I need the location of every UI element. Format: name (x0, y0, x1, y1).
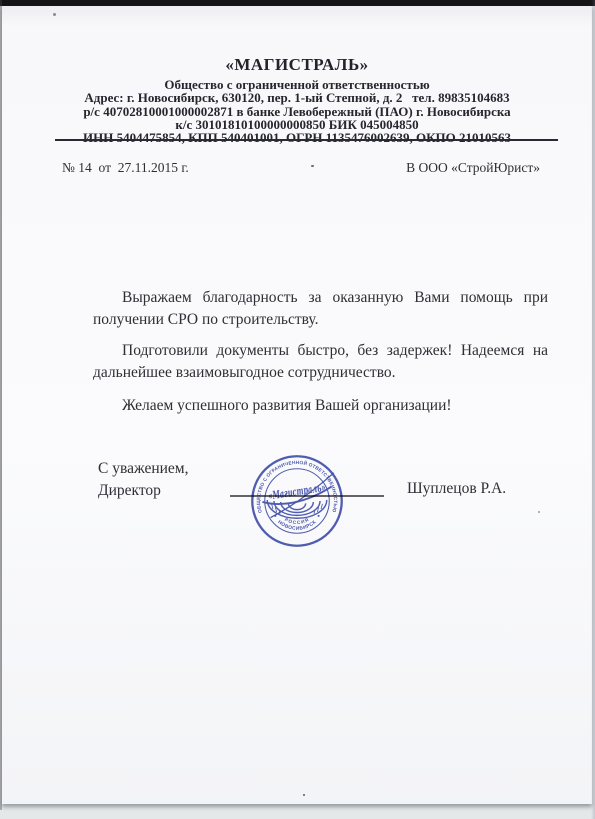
paragraph-2: Подготовили документы быстро, без задерж… (93, 340, 548, 384)
letterhead-divider (55, 139, 558, 141)
letter-page: «МАГИСТРАЛЬ» Общество с ограниченной отв… (2, 5, 592, 804)
letter-recipient: В ООО «СтройЮрист» (406, 160, 540, 176)
signer-position: Директор (98, 482, 161, 500)
round-stamp-graphic: ОБЩЕСТВО С ОГРАНИЧЕННОЙ ОТВЕТСТВЕННОСТЬЮ… (249, 453, 345, 549)
company-name: «МАГИСТРАЛЬ» (2, 56, 592, 74)
letterhead-corr-account: к/с 30101810100000000850 БИК 045004850 (2, 118, 592, 131)
scan-edge-right (591, 0, 595, 819)
body-line: Подготовили документы быстро, без задерж… (93, 340, 548, 362)
company-stamp: ОБЩЕСТВО С ОГРАНИЧЕННОЙ ОТВЕТСТВЕННОСТЬЮ… (249, 453, 345, 549)
letterhead-legal-form: Общество с ограниченной ответственностью (2, 78, 592, 91)
letterhead-bank-account: р/с 40702810001000002871 в банке Левобер… (2, 105, 592, 118)
scanned-letter: «МАГИСТРАЛЬ» Общество с ограниченной отв… (0, 0, 595, 819)
signer-name: Шуплецов Р.А. (407, 480, 506, 498)
letter-number-date: № 14 от 27.11.2015 г. (62, 160, 189, 176)
stamp-company-name: «Магистраль» (267, 481, 326, 503)
letterhead-address: Адрес: г. Новосибирск, 630120, пер. 1-ый… (2, 91, 592, 104)
scan-speck (53, 13, 56, 16)
body-line: получении СРО по строительству. (93, 309, 548, 331)
letter-body: Выражаем благодарность за оказанную Вами… (93, 287, 548, 426)
body-line: дальнейшее взаимовыгодное сотрудничество… (93, 362, 548, 384)
scan-speck (311, 165, 314, 167)
scan-speck (303, 794, 305, 796)
scan-edge-left (0, 0, 2, 810)
signature-closing: С уважением, (98, 460, 189, 478)
scan-speck (538, 511, 540, 513)
reference-row: № 14 от 27.11.2015 г. В ООО «СтройЮрист» (62, 160, 540, 176)
body-line: Желаем успешного развития Вашей организа… (93, 395, 548, 417)
body-line: Выражаем благодарность за оказанную Вами… (93, 287, 548, 309)
letterhead: «МАГИСТРАЛЬ» Общество с ограниченной отв… (2, 56, 592, 145)
scan-edge-top (0, 0, 595, 6)
paragraph-3: Желаем успешного развития Вашей организа… (93, 395, 548, 417)
stamp-bullet-right (318, 515, 320, 517)
paragraph-1: Выражаем благодарность за оказанную Вами… (93, 287, 548, 331)
